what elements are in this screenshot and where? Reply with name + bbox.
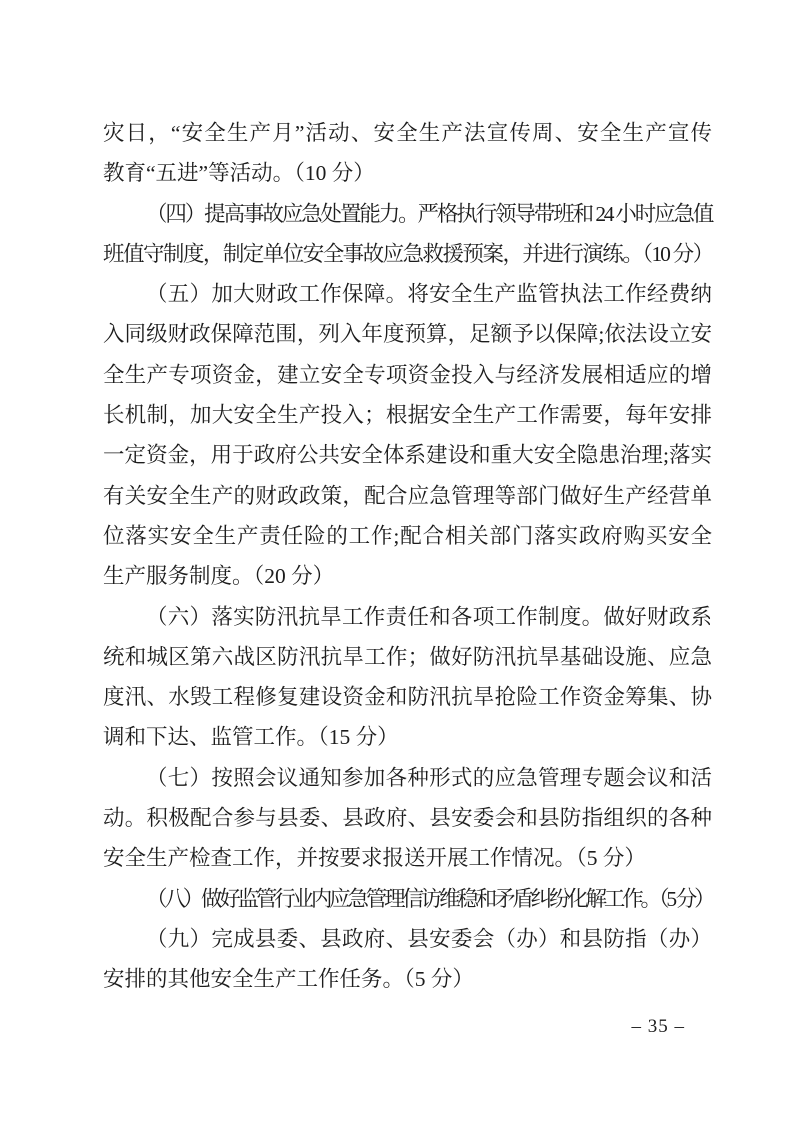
text-line: 调和下达、监管工作。（15 分） [103,717,712,757]
text-line: 长机制，加大安全生产投入；根据安全生产工作需要，每年安排 [103,395,712,435]
text-line: 一定资金，用于政府公共安全体系建设和重大安全隐患治理;落实 [103,435,712,475]
text-line: （八）做好监管行业内应急管理信访维稳和矛盾纠纷化解工作。（5 分） [103,879,712,919]
text-line: （七）按照会议通知参加各种形式的应急管理专题会议和活 [103,758,712,798]
text-line: 动。积极配合参与县委、县政府、县安委会和县防指组织的各种 [103,798,712,838]
text-line: 安全生产检查工作，并按要求报送开展工作情况。（5 分） [103,838,712,878]
text-line: 位落实安全生产责任险的工作;配合相关部门落实政府购买安全 [103,516,712,556]
text-line: （六）落实防汛抗旱工作责任和各项工作制度。做好财政系 [103,597,712,637]
page-number: – 35 – [632,1014,686,1040]
document-text-body: 灾日，“安全生产月”活动、安全生产法宣传周、安全生产宣传 教育“五进”等活动。（… [103,113,712,1000]
text-line: 安排的其他安全生产工作任务。（5 分） [103,959,712,999]
text-line: 班值守制度，制定单位安全事故应急救援预案，并进行演练。（10 分） [103,234,712,274]
text-line: 统和城区第六战区防汛抗旱工作；做好防汛抗旱基础设施、应急 [103,637,712,677]
text-line: （九）完成县委、县政府、县安委会（办）和县防指（办） [103,919,712,959]
text-line: 生产服务制度。（20 分） [103,556,712,596]
text-line: 教育“五进”等活动。（10 分） [103,153,712,193]
text-line: 灾日，“安全生产月”活动、安全生产法宣传周、安全生产宣传 [103,113,712,153]
text-line: （五）加大财政工作保障。将安全生产监管执法工作经费纳 [103,274,712,314]
text-line: 度汛、水毁工程修复建设资金和防汛抗旱抢险工作资金筹集、协 [103,677,712,717]
text-line: 全生产专项资金，建立安全专项资金投入与经济发展相适应的增 [103,355,712,395]
document-page: 灾日，“安全生产月”活动、安全生产法宣传周、安全生产宣传 教育“五进”等活动。（… [0,0,793,1122]
text-line: （四）提高事故应急处置能力。严格执行领导带班和 24 小时应急值 [103,194,712,234]
text-line: 入同级财政保障范围，列入年度预算，足额予以保障;依法设立安 [103,314,712,354]
text-line: 有关安全生产的财政政策，配合应急管理等部门做好生产经营单 [103,476,712,516]
